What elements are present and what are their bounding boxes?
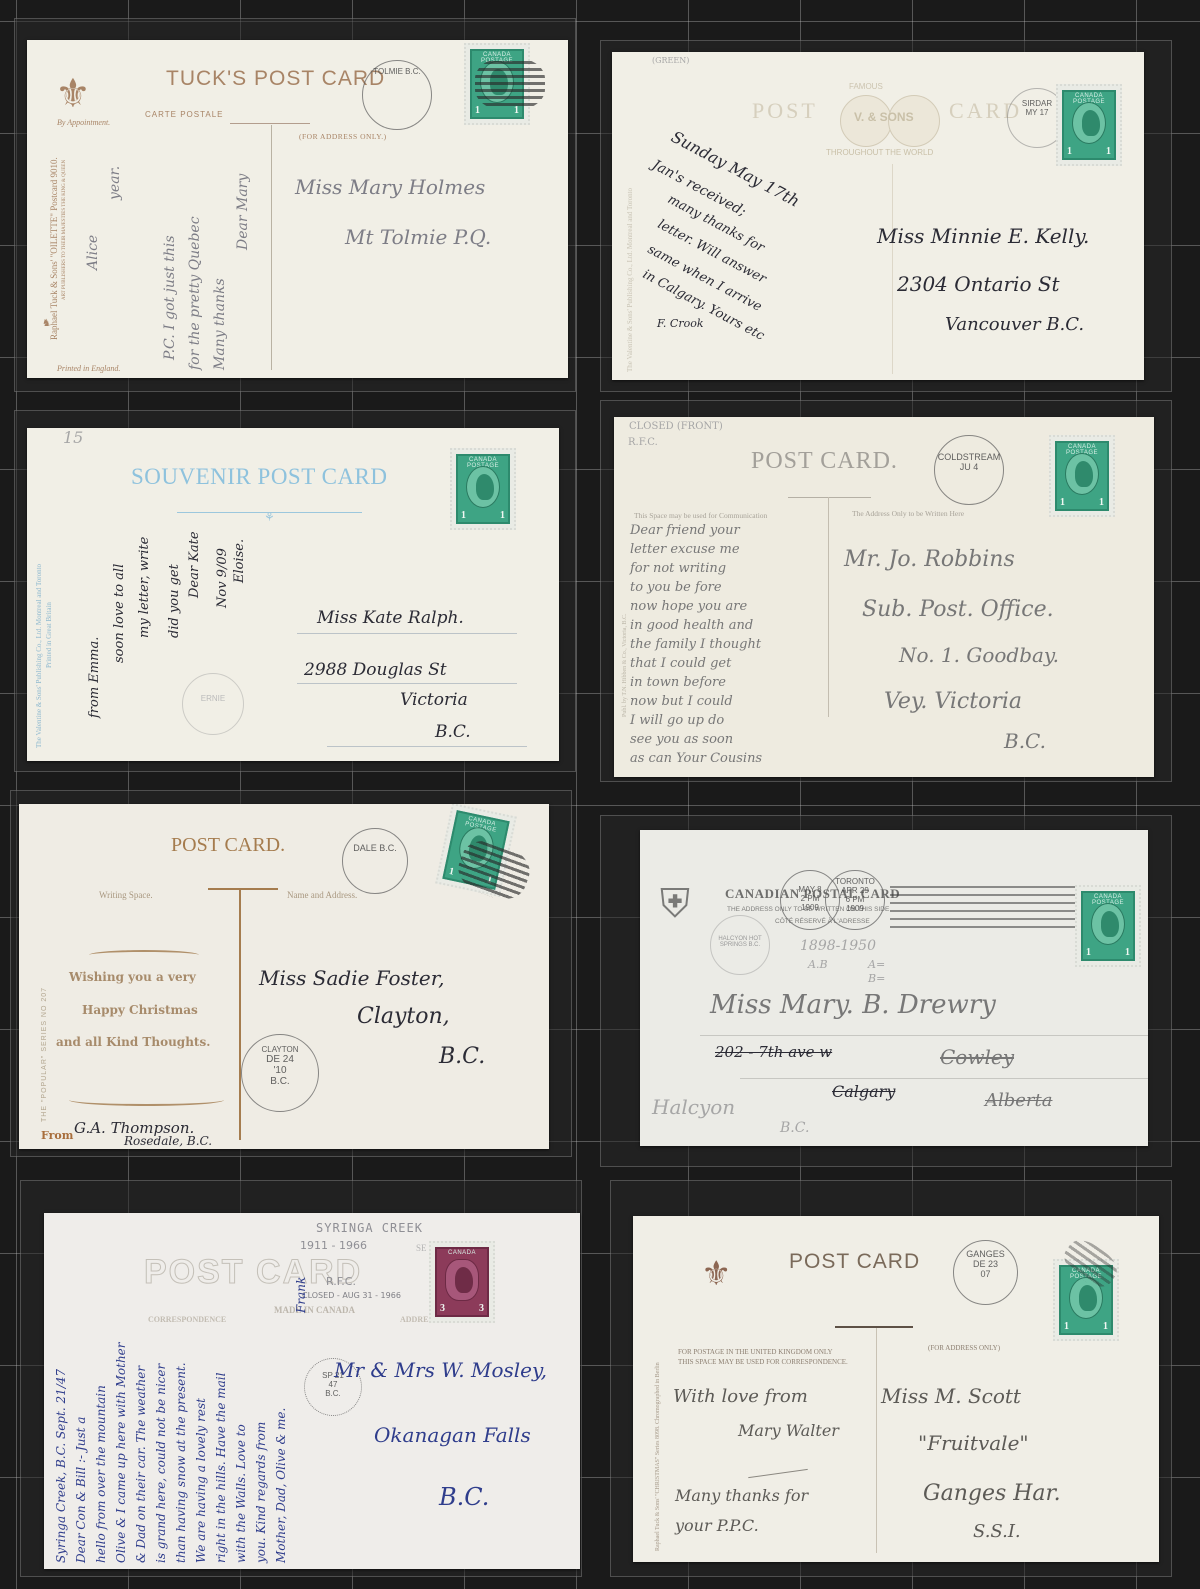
postcard-sirdar[interactable]: (GREEN) The Valentine & Sons' Publishing…: [612, 52, 1144, 380]
printed-in: Printed in England.: [57, 364, 120, 373]
pencil-years: 1911 - 1966: [300, 1239, 367, 1252]
address-line: "Fruitvale": [918, 1431, 1029, 1455]
stamp-3-cents: CANADA 33: [429, 1241, 495, 1323]
divider-top: [208, 888, 278, 890]
publisher-imprint: Publ. by T.N. Hibben & Co., Victoria, B.…: [622, 614, 628, 717]
center-divider: [271, 125, 272, 370]
logo-bottom: THROUGHOUT THE WORLD: [826, 148, 933, 157]
message-line: hello from over the mountain: [94, 1385, 108, 1563]
corner-note: R.F.C.: [628, 437, 658, 448]
address-line-struck: 202 - 7th ave w: [715, 1043, 832, 1061]
pencil-note: A.B: [808, 958, 828, 971]
pencil-note: A=: [868, 958, 885, 971]
message-line: is grand here, could not be nicer: [154, 1364, 168, 1563]
card-heading: SOUVENIR POST CARD: [131, 464, 388, 490]
logo-text: V. & SONS: [854, 110, 914, 124]
stamp-1-cent: CANADA POSTAGE 11: [1056, 84, 1122, 166]
postcard-victoria[interactable]: 15 The Valentine & Sons' Publishing Co.,…: [27, 428, 559, 761]
left-label: THIS SPACE MAY BE USED FOR CORRESPONDENC…: [678, 1358, 848, 1366]
card-heading: POST CARD.: [751, 448, 898, 475]
message-line: & Dad on their car. The weather: [134, 1366, 148, 1563]
message-line: soon love to all: [112, 564, 127, 663]
left-label: CORRESPONDENCE: [148, 1315, 226, 1324]
address-line: B.C.: [439, 1483, 489, 1511]
address-rule: [327, 746, 527, 747]
center-divider: [239, 890, 241, 1140]
publisher-imprint: Raphael Tuck & Sons' "CHRISTMAS" Series …: [655, 1362, 661, 1551]
card-heading: POST CARD: [789, 1250, 920, 1274]
message-line: Dear Con & Bill :- Just a: [74, 1417, 88, 1563]
divider-top: [835, 1326, 913, 1328]
signature-underline: [748, 1469, 808, 1478]
address-line: 2988 Douglas St: [304, 660, 447, 680]
postmark-toronto: TORONTOAPR 296 PM1909: [825, 870, 885, 930]
stamp-1-cent: CANADA POSTAGE 11: [1049, 435, 1115, 517]
postcard-syringa-creek[interactable]: POST CARD MADE IN CANADA CORRESPONDENCE …: [44, 1213, 580, 1569]
message-line: from Emma.: [87, 637, 102, 718]
postcard-tolmie[interactable]: ⚜ By Appointment. Raphael Tuck & Sons' "…: [27, 40, 568, 378]
message-line: Mary Walter: [738, 1421, 839, 1440]
center-divider: [892, 164, 893, 374]
center-divider: [876, 1328, 877, 1553]
by-appointment: By Appointment.: [57, 118, 110, 127]
royal-arms-icon: ⚜: [55, 70, 91, 117]
message-line: P.C. I got just this: [162, 235, 178, 360]
message-line: Alice: [85, 235, 101, 270]
message-line: Syringa Creek, B.C. Sept. 21/47: [54, 1369, 68, 1563]
stamp-1-cent: CANADA POSTAGE 11: [1075, 885, 1141, 967]
address-line: Vancouver B.C.: [945, 314, 1084, 335]
address-rule: [700, 1035, 1148, 1036]
address-line: B.C.: [439, 1044, 485, 1069]
greeting-line: Wishing you a very: [69, 970, 196, 984]
left-label: This Space may be used for Communication: [634, 511, 767, 520]
message-line: than having snow at the present.: [174, 1362, 188, 1563]
publisher-imprint: Raphael Tuck & Sons' "OILETTE" Postcard …: [49, 157, 59, 340]
address-line-struck: Calgary: [832, 1082, 895, 1101]
series-imprint: THE "POPULAR" SERIES NO 207: [41, 987, 48, 1122]
postmark-rosedale: DALE B.C.: [342, 828, 408, 894]
address-rule: [740, 1078, 1148, 1079]
message-line: Many thanks: [212, 278, 228, 370]
address-line-struck: Alberta: [985, 1090, 1053, 1111]
message-line: Nov 9/09: [215, 548, 230, 608]
address-line: 2304 Ontario St: [897, 272, 1060, 296]
made-in: MADE IN CANADA: [274, 1305, 355, 1315]
message-line: my letter, write: [137, 537, 152, 638]
card-subheading: CARTE POSTALE: [145, 110, 224, 119]
postmark-halcyon: HALCYON HOT SPRINGS B.C.: [710, 915, 770, 975]
address-line: Miss Mary Holmes: [295, 175, 485, 199]
address-rule: [297, 633, 517, 634]
address-line: No. 1. Goodbay.: [899, 643, 1059, 667]
publisher-imprint: The Valentine & Sons' Publishing Co., Lt…: [35, 564, 43, 748]
corner-note: 15: [63, 428, 83, 447]
from-label: From: [41, 1129, 73, 1142]
stamp-1-cent: CANADA POSTAGE 11: [450, 448, 516, 530]
left-label: FOR POSTAGE IN THE UNITED KINGDOM ONLY: [678, 1348, 833, 1356]
address-line: Okanagan Falls: [374, 1423, 531, 1447]
address-line: Mr. Jo. Robbins: [844, 547, 1015, 572]
ornament: [89, 950, 199, 960]
postcard-coldstream[interactable]: CLOSED (FRONT) R.F.C. POST CARD. This Sp…: [614, 417, 1154, 777]
message-line: right in the hills. Have the mail: [214, 1373, 228, 1564]
message-line: Dear Kate: [187, 531, 202, 598]
address-line: Vey. Victoria: [884, 689, 1022, 714]
postmark-tolmie: TOLMIE B.C.: [362, 60, 432, 130]
address-line: Mt Tolmie P.Q.: [345, 225, 491, 249]
address-line: Clayton,: [357, 1004, 450, 1029]
postmark-coldstream: COLDSTREAMJU 4: [934, 435, 1004, 505]
postmark-ganges: GANGESDE 2307: [953, 1240, 1018, 1305]
pencil-note: 1898-1950: [800, 938, 876, 954]
address-note: (FOR ADDRESS ONLY): [928, 1344, 1000, 1352]
message-line: Eloise.: [232, 539, 247, 583]
postmark-erniefield: ERNIE: [182, 673, 244, 735]
right-label: Name and Address.: [287, 890, 357, 900]
message-line: Olive & I came up here with Mother: [114, 1342, 128, 1563]
address-line-struck: Cowley: [940, 1045, 1014, 1069]
message-line: your P.P.C.: [675, 1516, 759, 1535]
message-line: Many thanks for: [675, 1486, 808, 1505]
address-line: Sub. Post. Office.: [862, 597, 1054, 622]
divider-top: [788, 497, 871, 498]
logo-top: FAMOUS: [849, 82, 883, 91]
corner-note: CLOSED (FRONT): [629, 421, 723, 432]
message-line: with the Walls. Love to: [234, 1424, 248, 1563]
address-line: B.C.: [1004, 729, 1046, 753]
publisher-imprint: The Valentine & Sons' Publishing Co., Lt…: [626, 188, 634, 372]
pencil-closed: CLOSED - AUG 31 - 1966: [302, 1291, 401, 1300]
postmark-clayton: CLAYTON DE 24 '10 B.C.: [241, 1034, 319, 1112]
pencil-rfc: R.F.C.: [326, 1275, 356, 1288]
address-line: Miss M. Scott: [881, 1384, 1021, 1408]
right-label: The Address Only to be Written Here: [852, 509, 964, 518]
signature: F. Crook: [657, 317, 704, 330]
message-line: year.: [107, 166, 123, 200]
corner-note: (GREEN): [652, 56, 689, 65]
from-value: Rosedale, B.C.: [124, 1134, 212, 1148]
tuck-logo-icon: ♞: [42, 318, 51, 329]
message-line: Dear Mary: [235, 174, 251, 250]
card-heading: TUCK'S POST CARD: [166, 67, 385, 91]
pencil-title: SYRINGA CREEK: [316, 1221, 423, 1235]
message-line: for the pretty Quebec: [187, 216, 203, 370]
card-heading-left: POST: [752, 98, 818, 124]
divider-top: [230, 123, 310, 124]
address-note: (FOR ADDRESS ONLY.): [299, 132, 387, 141]
publisher-imprint-small: ART PUBLISHERS TO THEIR MAJESTIES THE KI…: [62, 160, 67, 300]
publisher-imprint-2: Printed in Great Britain: [45, 602, 53, 668]
pencil-note: B=: [868, 972, 885, 985]
forwarding-note: B.C.: [780, 1120, 809, 1136]
address-line: Ganges Har.: [923, 1481, 1061, 1506]
message-line: Mother, Dad, Olive & me.: [274, 1408, 288, 1563]
message-line: did you get: [167, 564, 182, 638]
card-heading: POST CARD.: [171, 834, 285, 857]
address-line: S.S.I.: [973, 1521, 1021, 1542]
message-line: We are having a lovely rest: [194, 1398, 208, 1563]
address-line: Victoria: [400, 690, 468, 710]
ornament-icon: ⚘: [264, 510, 275, 525]
message-block: Dear friend your letter excuse me for no…: [630, 521, 830, 768]
address-line: B.C.: [435, 722, 471, 742]
postcard-halcyon[interactable]: ⛨ CANADIAN POSTAL CARD THE ADDRESS ONLY …: [640, 830, 1148, 1146]
address-line: Mr & Mrs W. Mosley,: [334, 1358, 547, 1382]
royal-arms-icon: ⚜: [701, 1254, 731, 1294]
address-line: Miss Kate Ralph.: [317, 608, 464, 628]
postcard-ganges[interactable]: ⚜ POST CARD FOR POSTAGE IN THE UNITED KI…: [633, 1216, 1159, 1562]
left-label: Writing Space.: [99, 890, 153, 900]
address-line: Miss Minnie E. Kelly.: [877, 224, 1089, 248]
message-line: Frank: [294, 1277, 308, 1313]
address-line: Miss Mary. B. Drewry: [710, 990, 996, 1020]
greeting-line: Happy Christmas: [82, 1003, 198, 1017]
address-line: Miss Sadie Foster,: [259, 966, 444, 990]
barred-cancel: [475, 58, 545, 110]
postcard-clayton[interactable]: POST CARD. Writing Space. Name and Addre…: [19, 804, 549, 1149]
greeting-line: and all Kind Thoughts.: [56, 1035, 210, 1049]
ornament: [69, 1094, 224, 1106]
message-line: you. Kind regards from: [254, 1422, 268, 1563]
canada-arms-icon: ⛨: [660, 880, 690, 927]
forwarding-note: Halcyon: [652, 1095, 735, 1119]
message-line: With love from: [673, 1386, 808, 1407]
address-rule: [297, 683, 517, 684]
